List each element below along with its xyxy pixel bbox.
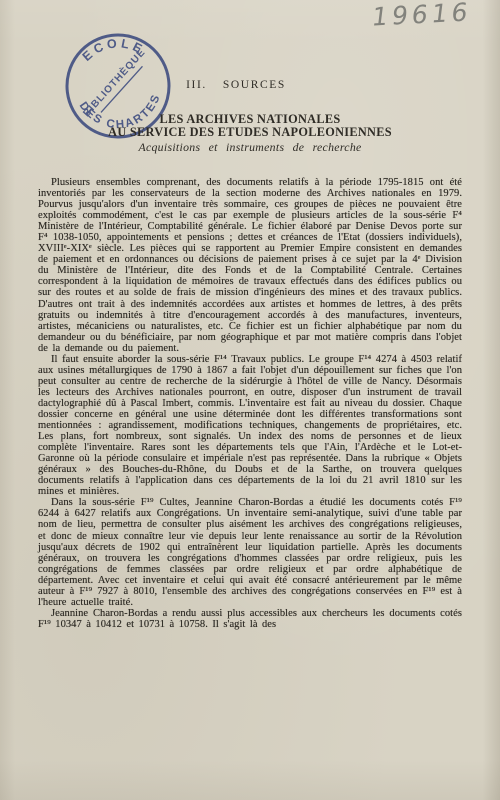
scanned-document-page: 19616 ECOLE DES CHARTES BIBLIOTHÈQUE III… [0,0,500,800]
body-text-block: Plusieurs ensembles comprenant‚ des docu… [38,177,462,630]
body-paragraph: Jeannine Charon-Bordas a rendu aussi plu… [38,608,462,630]
body-paragraph: Il faut ensuite aborder la sous-série F¹… [38,354,462,498]
section-title: SOURCES [223,79,286,91]
section-heading: III.SOURCES [0,79,472,91]
document-title-line2: AU SERVICE DES ETUDES NAPOLEONIENNES [0,126,500,139]
document-subtitle: Acquisitions et instruments de recherche [0,140,500,155]
document-title: LES ARCHIVES NATIONALES AU SERVICE DES E… [0,113,500,139]
document-title-line1: LES ARCHIVES NATIONALES [0,113,500,126]
body-paragraph: Dans la sous-série F¹⁹ Cultes, Jeannine … [38,497,462,607]
body-paragraph: Plusieurs ensembles comprenant‚ des docu… [38,177,462,354]
section-numeral: III. [186,79,207,91]
handwritten-accession-number: 19616 [370,0,473,32]
